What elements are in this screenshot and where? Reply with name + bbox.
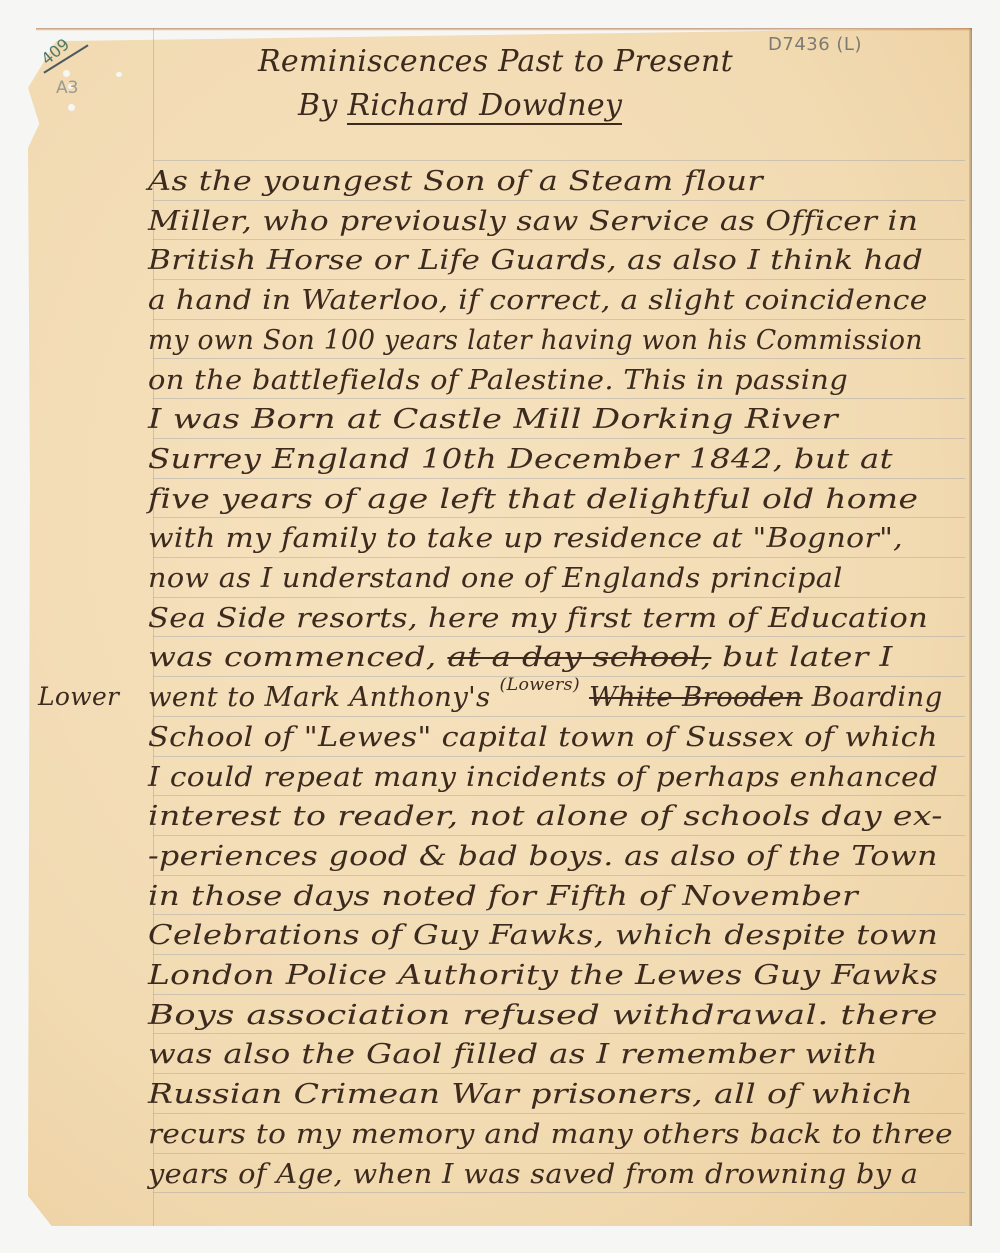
ruling-line: [153, 279, 965, 280]
ruling-line: [153, 1113, 965, 1114]
manuscript-line: Miller, who previously saw Service as Of…: [148, 206, 918, 237]
manuscript-line: I could repeat many incidents of perhaps…: [148, 762, 938, 793]
manuscript-line: on the battlefields of Palestine. This i…: [148, 365, 848, 396]
paper-hole: [116, 72, 122, 77]
ruling-line: [153, 200, 965, 201]
manuscript-line: a hand in Waterloo, if correct, a slight…: [148, 285, 928, 316]
manuscript-line: Russian Crimean War prisoners, all of wh…: [148, 1079, 913, 1110]
manuscript-line: Sea Side resorts, here my first term of …: [148, 603, 928, 634]
ruling-line: [153, 239, 965, 240]
ruling-line: [153, 557, 965, 558]
ruling-line: [153, 756, 965, 757]
manuscript-line: years of Age, when I was saved from drow…: [148, 1159, 918, 1190]
struck-text: at a day school,: [447, 642, 711, 673]
manuscript-line: interest to reader, not alone of schools…: [148, 801, 943, 832]
ruling-line: [153, 478, 965, 479]
inserted-annotation: (Lowers): [500, 675, 580, 695]
ruling-line: [153, 914, 965, 915]
ruling-line: [153, 358, 965, 359]
ruling-line: [153, 716, 965, 717]
title-line: Reminiscences Past to Present: [258, 44, 733, 79]
ruling-line: [153, 597, 965, 598]
ruling-line: [153, 319, 965, 320]
line-text: [580, 682, 589, 713]
manuscript-line: -periences good & bad boys. as also of t…: [148, 841, 938, 872]
byline: By Richard Dowdney: [298, 88, 622, 123]
ruling-line: [153, 1033, 965, 1034]
ruling-line: [153, 954, 965, 955]
ruling-line: [153, 398, 965, 399]
line-text: but later I: [711, 642, 892, 673]
ruling-line: [153, 835, 965, 836]
manuscript-line: went to Mark Anthony's (Lowers) White Br…: [148, 682, 943, 713]
manuscript-line: Surrey England 10th December 1842, but a…: [148, 444, 893, 475]
manuscript-line: London Police Authority the Lewes Guy Fa…: [148, 960, 938, 991]
margin-note: Lower: [38, 682, 119, 711]
manuscript-line: recurs to my memory and many others back…: [148, 1119, 953, 1150]
manuscript-line: in those days noted for Fifth of Novembe…: [148, 881, 858, 912]
manuscript-line: School of "Lewes" capital town of Sussex…: [148, 722, 938, 753]
ruling-line: [153, 795, 965, 796]
line-text: Boarding: [803, 682, 943, 713]
manuscript-line: Boys association refused withdrawal. the…: [148, 1000, 938, 1031]
paper-hole: [63, 70, 70, 77]
paper-hole: [68, 104, 75, 111]
ruling-line: [153, 636, 965, 637]
ruling-line: [153, 1073, 965, 1074]
manuscript-line: my own Son 100 years later having won hi…: [148, 325, 923, 356]
ruling-line: [153, 994, 965, 995]
ruling-line: [153, 517, 965, 518]
ruling-line: [153, 438, 965, 439]
manuscript-line: was commenced, at a day school, but late…: [148, 642, 893, 673]
catalog-number: D7436 (L): [768, 34, 862, 55]
line-text: went to Mark Anthony's: [148, 682, 500, 713]
manuscript-line: As the youngest Son of a Steam flour: [148, 166, 763, 197]
author-name: Richard Dowdney: [347, 88, 622, 125]
manuscript-line: with my family to take up residence at "…: [148, 523, 903, 554]
manuscript-line: now as I understand one of Englands prin…: [148, 563, 843, 594]
ruling-line: [153, 160, 965, 161]
struck-text: White Brooden: [589, 682, 803, 713]
paper-top-edge: [36, 28, 972, 31]
shelf-mark: A3: [56, 78, 78, 98]
manuscript-line: British Horse or Life Guards, as also I …: [148, 245, 923, 276]
manuscript-line: I was Born at Castle Mill Dorking River: [148, 404, 838, 435]
manuscript-line: Celebrations of Guy Fawks, which despite…: [148, 920, 938, 951]
ruling-line: [153, 1153, 965, 1154]
manuscript-line: five years of age left that delightful o…: [148, 484, 918, 515]
byline-prefix: By: [298, 88, 347, 123]
line-text: was commenced,: [148, 642, 447, 673]
ruling-line: [153, 1192, 965, 1193]
manuscript-line: was also the Gaol filled as I remember w…: [148, 1039, 878, 1070]
ruling-line: [153, 875, 965, 876]
